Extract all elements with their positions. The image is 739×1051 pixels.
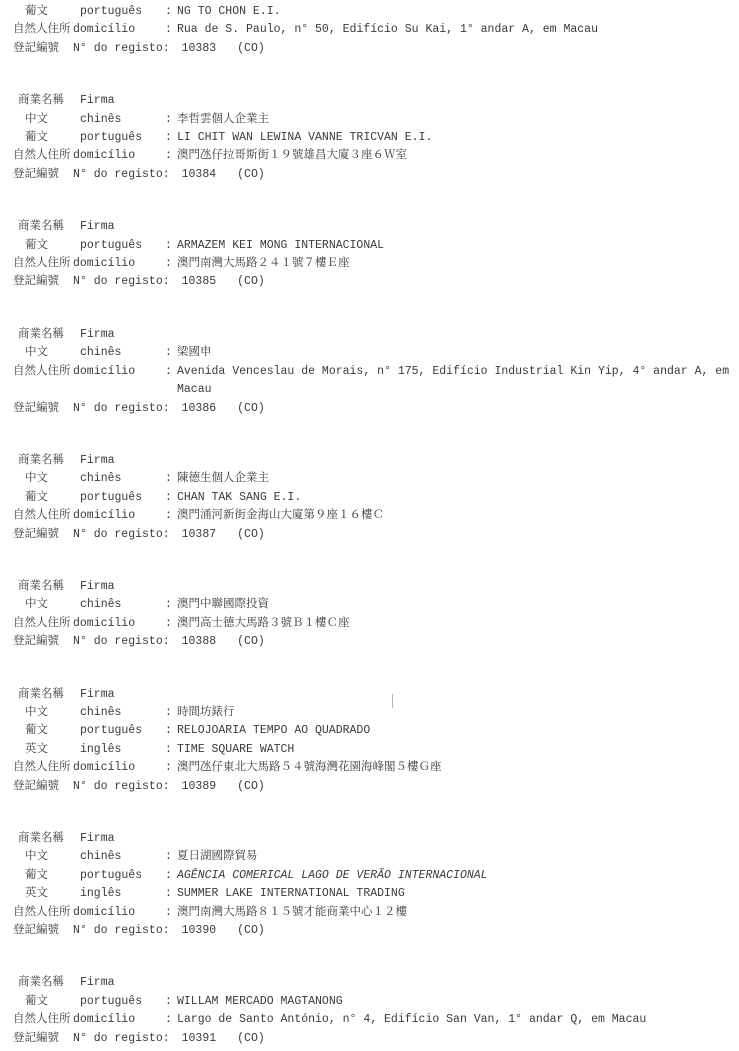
registry-label-pt: N° do registo: (73, 40, 170, 58)
firm-heading-row-label-pt: Firma (80, 578, 165, 596)
firm-heading-row: 商業名稱Firma (13, 578, 739, 596)
portuguese-name-row-label-pt: português (80, 867, 165, 885)
registry-entries: 葡文português:NG TO CHON E.I.自然人住所domicíli… (13, 3, 739, 1048)
registry-suffix: (CO) (237, 40, 265, 58)
registry-number: 10385 (182, 273, 217, 291)
name-value: TIME SQUARE WATCH (177, 741, 294, 759)
colon-separator: : (165, 885, 177, 903)
registry-label-zh: 登記編號 (13, 922, 73, 940)
registry-entry: 商業名稱Firma中文chinês:陳德生個人企業主葡文português:CH… (13, 452, 739, 544)
registry-number: 10388 (182, 633, 217, 651)
firm-heading-row-label-zh: 商業名稱 (13, 830, 80, 848)
registry-suffix: (CO) (237, 273, 265, 291)
portuguese-name-row-label-pt: português (80, 993, 165, 1011)
portuguese-name-row-label-pt: português (80, 489, 165, 507)
firm-heading-row-label-pt: Firma (80, 326, 165, 344)
address-value: 澳門南灣大馬路２４１號７樓Ｅ座 (177, 255, 350, 273)
colon-separator: : (165, 237, 177, 255)
chinese-name-row: 中文chinês:澳門中聯國際投資 (13, 596, 739, 614)
colon-separator: : (165, 741, 177, 759)
name-value: 時間坊錶行 (177, 704, 235, 722)
portuguese-name-row: 葡文português:ARMAZEM KEI MONG INTERNACION… (13, 237, 739, 255)
address-value: 澳門高士德大馬路３號Ｂ１樓Ｃ座 (177, 615, 350, 633)
registry-label-pt: N° do registo: (73, 526, 170, 544)
firm-heading-row-label-pt: Firma (80, 974, 165, 992)
registry-label-pt: N° do registo: (73, 778, 170, 796)
address-label-pt: domicílio (73, 904, 165, 922)
chinese-name-row-label-pt: chinês (80, 596, 165, 614)
firm-heading-row-label-zh: 商業名稱 (13, 326, 80, 344)
english-name-row-label-zh: 英文 (13, 741, 80, 759)
registry-entry: 葡文português:NG TO CHON E.I.自然人住所domicíli… (13, 3, 739, 58)
registry-number-row: 登記編號N° do registo:10389(CO) (13, 778, 739, 796)
english-name-row-label-zh: 英文 (13, 885, 80, 903)
document-page: 葡文português:NG TO CHON E.I.自然人住所domicíli… (13, 3, 739, 1048)
address-label-pt: domicílio (73, 255, 165, 273)
address-value: Rua de S. Paulo, n° 50, Edifício Su Kai,… (177, 21, 598, 39)
chinese-name-row-label-zh: 中文 (13, 596, 80, 614)
scan-artifact (392, 694, 393, 708)
registry-label-zh: 登記編號 (13, 166, 73, 184)
chinese-name-row-label-zh: 中文 (13, 111, 80, 129)
name-value: 梁國申 (177, 344, 212, 362)
firm-heading-row-label-zh: 商業名稱 (13, 974, 80, 992)
colon-separator: : (165, 344, 177, 362)
chinese-name-row-label-pt: chinês (80, 470, 165, 488)
portuguese-name-row-label-pt: português (80, 129, 165, 147)
firm-heading-row-label-pt: Firma (80, 92, 165, 110)
portuguese-name-row-label-zh: 葡文 (13, 489, 80, 507)
colon-separator: : (165, 1011, 177, 1029)
registry-number-row: 登記編號N° do registo:10383(CO) (13, 40, 739, 58)
registry-entry: 商業名稱Firma中文chinês:時間坊錶行葡文português:RELOJ… (13, 686, 739, 796)
registry-number: 10387 (182, 526, 217, 544)
colon-separator: : (165, 147, 177, 165)
colon-separator: : (165, 363, 177, 381)
registry-number-row: 登記編號N° do registo:10386(CO) (13, 400, 739, 418)
portuguese-name-row: 葡文português:LI CHIT WAN LEWINA VANNE TRI… (13, 129, 739, 147)
portuguese-name-row-label-pt: português (80, 722, 165, 740)
registry-number: 10384 (182, 166, 217, 184)
colon-separator: : (165, 470, 177, 488)
chinese-name-row: 中文chinês:時間坊錶行 (13, 704, 739, 722)
registry-label-pt: N° do registo: (73, 400, 170, 418)
colon-separator: : (165, 507, 177, 525)
registry-suffix: (CO) (237, 633, 265, 651)
portuguese-name-row: 葡文português:RELOJOARIA TEMPO AO QUADRADO (13, 722, 739, 740)
address-row: 自然人住所domicílio:澳門氹仔拉哥斯街１９號雄昌大廈３座６Ｗ室 (13, 147, 739, 165)
english-name-row-label-pt: inglês (80, 885, 165, 903)
colon-separator: : (165, 111, 177, 129)
address-row: 自然人住所domicílio:澳門南灣大馬路２４１號７樓Ｅ座 (13, 255, 739, 273)
portuguese-name-row: 葡文português:WILLAM MERCADO MAGTANONG (13, 993, 739, 1011)
firm-heading-row-label-zh: 商業名稱 (13, 218, 80, 236)
firm-heading-row: 商業名稱Firma (13, 686, 739, 704)
firm-heading-row-label-pt: Firma (80, 830, 165, 848)
address-label-pt: domicílio (73, 759, 165, 777)
colon-separator: : (165, 3, 177, 21)
registry-number-row: 登記編號N° do registo:10391(CO) (13, 1030, 739, 1048)
registry-entry: 商業名稱Firma葡文português:WILLAM MERCADO MAGT… (13, 974, 739, 1048)
portuguese-name-row: 葡文português:NG TO CHON E.I. (13, 3, 739, 21)
registry-number: 10383 (182, 40, 217, 58)
name-value: 夏日湖國際貿易 (177, 848, 258, 866)
registry-entry: 商業名稱Firma葡文português:ARMAZEM KEI MONG IN… (13, 218, 739, 292)
portuguese-name-row-label-zh: 葡文 (13, 867, 80, 885)
registry-label-pt: N° do registo: (73, 633, 170, 651)
name-value: 陳德生個人企業主 (177, 470, 269, 488)
portuguese-name-row-label-zh: 葡文 (13, 129, 80, 147)
firm-heading-row: 商業名稱Firma (13, 92, 739, 110)
colon-separator: : (165, 615, 177, 633)
firm-heading-row: 商業名稱Firma (13, 830, 739, 848)
name-value: 澳門中聯國際投資 (177, 596, 269, 614)
address-label-zh: 自然人住所 (13, 904, 73, 922)
address-label-pt: domicílio (73, 1011, 165, 1029)
chinese-name-row-label-pt: chinês (80, 704, 165, 722)
firm-heading-row-label-zh: 商業名稱 (13, 92, 80, 110)
address-value: 澳門南灣大馬路８１５號才能商業中心１２樓 (177, 904, 407, 922)
chinese-name-row-label-pt: chinês (80, 111, 165, 129)
registry-suffix: (CO) (237, 526, 265, 544)
registry-label-zh: 登記編號 (13, 1030, 73, 1048)
address-label-zh: 自然人住所 (13, 255, 73, 273)
firm-heading-row-label-zh: 商業名稱 (13, 578, 80, 596)
registry-suffix: (CO) (237, 778, 265, 796)
english-name-row: 英文inglês:SUMMER LAKE INTERNATIONAL TRADI… (13, 885, 739, 903)
registry-label-zh: 登記編號 (13, 526, 73, 544)
firm-heading-row-label-zh: 商業名稱 (13, 686, 80, 704)
chinese-name-row-label-zh: 中文 (13, 470, 80, 488)
address-value: Avenida Venceslau de Morais, n° 175, Edi… (177, 363, 739, 400)
registry-entry: 商業名稱Firma中文chinês:夏日湖國際貿易葡文português:AGÊ… (13, 830, 739, 940)
address-value: 澳門氹仔拉哥斯街１９號雄昌大廈３座６Ｗ室 (177, 147, 407, 165)
firm-heading-row: 商業名稱Firma (13, 452, 739, 470)
address-row: 自然人住所domicílio:澳門高士德大馬路３號Ｂ１樓Ｃ座 (13, 615, 739, 633)
name-value: SUMMER LAKE INTERNATIONAL TRADING (177, 885, 405, 903)
registry-label-zh: 登記編號 (13, 778, 73, 796)
colon-separator: : (165, 489, 177, 507)
address-label-pt: domicílio (73, 615, 165, 633)
portuguese-name-row-label-pt: português (80, 237, 165, 255)
name-value: ARMAZEM KEI MONG INTERNACIONAL (177, 237, 384, 255)
address-value: 澳門涌河新街金海山大廈第９座１６樓Ｃ (177, 507, 384, 525)
portuguese-name-row-label-zh: 葡文 (13, 722, 80, 740)
firm-heading-row-label-pt: Firma (80, 218, 165, 236)
registry-label-zh: 登記編號 (13, 633, 73, 651)
address-label-zh: 自然人住所 (13, 21, 73, 39)
colon-separator: : (165, 255, 177, 273)
name-value: RELOJOARIA TEMPO AO QUADRADO (177, 722, 370, 740)
portuguese-name-row-label-zh: 葡文 (13, 3, 80, 21)
address-value: 澳門氹仔東北大馬路５４號海灣花園海峰閣５樓Ｇ座 (177, 759, 442, 777)
portuguese-name-row-label-pt: português (80, 3, 165, 21)
colon-separator: : (165, 993, 177, 1011)
registry-label-pt: N° do registo: (73, 166, 170, 184)
chinese-name-row-label-pt: chinês (80, 848, 165, 866)
address-row: 自然人住所domicílio:Avenida Venceslau de Mora… (13, 363, 739, 400)
registry-label-pt: N° do registo: (73, 273, 170, 291)
colon-separator: : (165, 704, 177, 722)
address-row: 自然人住所domicílio:澳門南灣大馬路８１５號才能商業中心１２樓 (13, 904, 739, 922)
address-label-zh: 自然人住所 (13, 363, 73, 381)
address-label-pt: domicílio (73, 363, 165, 381)
colon-separator: : (165, 867, 177, 885)
chinese-name-row: 中文chinês:陳德生個人企業主 (13, 470, 739, 488)
address-label-zh: 自然人住所 (13, 507, 73, 525)
firm-heading-row: 商業名稱Firma (13, 974, 739, 992)
colon-separator: : (165, 21, 177, 39)
registry-suffix: (CO) (237, 922, 265, 940)
registry-number-row: 登記編號N° do registo:10388(CO) (13, 633, 739, 651)
registry-number: 10391 (182, 1030, 217, 1048)
registry-entry: 商業名稱Firma中文chinês:梁國申自然人住所domicílio:Aven… (13, 326, 739, 418)
colon-separator: : (165, 848, 177, 866)
registry-label-zh: 登記編號 (13, 40, 73, 58)
registry-label-zh: 登記編號 (13, 400, 73, 418)
registry-number: 10389 (182, 778, 217, 796)
colon-separator: : (165, 596, 177, 614)
address-label-pt: domicílio (73, 147, 165, 165)
registry-number-row: 登記編號N° do registo:10384(CO) (13, 166, 739, 184)
chinese-name-row: 中文chinês:夏日湖國際貿易 (13, 848, 739, 866)
portuguese-name-row-label-zh: 葡文 (13, 237, 80, 255)
registry-number-row: 登記編號N° do registo:10387(CO) (13, 526, 739, 544)
address-label-zh: 自然人住所 (13, 147, 73, 165)
registry-entry: 商業名稱Firma中文chinês:李哲雲個人企業主葡文português:LI… (13, 92, 739, 184)
name-value: CHAN TAK SANG E.I. (177, 489, 301, 507)
address-label-zh: 自然人住所 (13, 759, 73, 777)
name-value: NG TO CHON E.I. (177, 3, 281, 21)
registry-suffix: (CO) (237, 1030, 265, 1048)
registry-label-zh: 登記編號 (13, 273, 73, 291)
english-name-row-label-pt: inglês (80, 741, 165, 759)
name-value: LI CHIT WAN LEWINA VANNE TRICVAN E.I. (177, 129, 432, 147)
address-value: Largo de Santo António, n° 4, Edifício S… (177, 1011, 646, 1029)
address-row: 自然人住所domicílio:澳門涌河新街金海山大廈第９座１６樓Ｃ (13, 507, 739, 525)
registry-label-pt: N° do registo: (73, 1030, 170, 1048)
chinese-name-row-label-zh: 中文 (13, 704, 80, 722)
registry-number-row: 登記編號N° do registo:10385(CO) (13, 273, 739, 291)
portuguese-name-row: 葡文português:AGÊNCIA COMERICAL LAGO DE VE… (13, 867, 739, 885)
registry-entry: 商業名稱Firma中文chinês:澳門中聯國際投資自然人住所domicílio… (13, 578, 739, 652)
name-value: 李哲雲個人企業主 (177, 111, 269, 129)
chinese-name-row-label-pt: chinês (80, 344, 165, 362)
chinese-name-row: 中文chinês:梁國申 (13, 344, 739, 362)
firm-heading-row-label-zh: 商業名稱 (13, 452, 80, 470)
portuguese-name-row-label-zh: 葡文 (13, 993, 80, 1011)
chinese-name-row-label-zh: 中文 (13, 344, 80, 362)
portuguese-name-row: 葡文português:CHAN TAK SANG E.I. (13, 489, 739, 507)
registry-number: 10386 (182, 400, 217, 418)
address-row: 自然人住所domicílio:Largo de Santo António, n… (13, 1011, 739, 1029)
address-label-pt: domicílio (73, 21, 165, 39)
address-row: 自然人住所domicílio:Rua de S. Paulo, n° 50, E… (13, 21, 739, 39)
firm-heading-row: 商業名稱Firma (13, 218, 739, 236)
colon-separator: : (165, 759, 177, 777)
address-row: 自然人住所domicílio:澳門氹仔東北大馬路５４號海灣花園海峰閣５樓Ｇ座 (13, 759, 739, 777)
colon-separator: : (165, 129, 177, 147)
firm-heading-row-label-pt: Firma (80, 686, 165, 704)
address-label-zh: 自然人住所 (13, 1011, 73, 1029)
chinese-name-row: 中文chinês:李哲雲個人企業主 (13, 111, 739, 129)
name-value: WILLAM MERCADO MAGTANONG (177, 993, 343, 1011)
registry-suffix: (CO) (237, 400, 265, 418)
name-value: AGÊNCIA COMERICAL LAGO DE VERÃO INTERNAC… (177, 867, 488, 885)
colon-separator: : (165, 904, 177, 922)
registry-number-row: 登記編號N° do registo:10390(CO) (13, 922, 739, 940)
chinese-name-row-label-zh: 中文 (13, 848, 80, 866)
english-name-row: 英文inglês:TIME SQUARE WATCH (13, 741, 739, 759)
address-label-pt: domicílio (73, 507, 165, 525)
registry-number: 10390 (182, 922, 217, 940)
registry-label-pt: N° do registo: (73, 922, 170, 940)
firm-heading-row: 商業名稱Firma (13, 326, 739, 344)
address-label-zh: 自然人住所 (13, 615, 73, 633)
colon-separator: : (165, 722, 177, 740)
registry-suffix: (CO) (237, 166, 265, 184)
firm-heading-row-label-pt: Firma (80, 452, 165, 470)
